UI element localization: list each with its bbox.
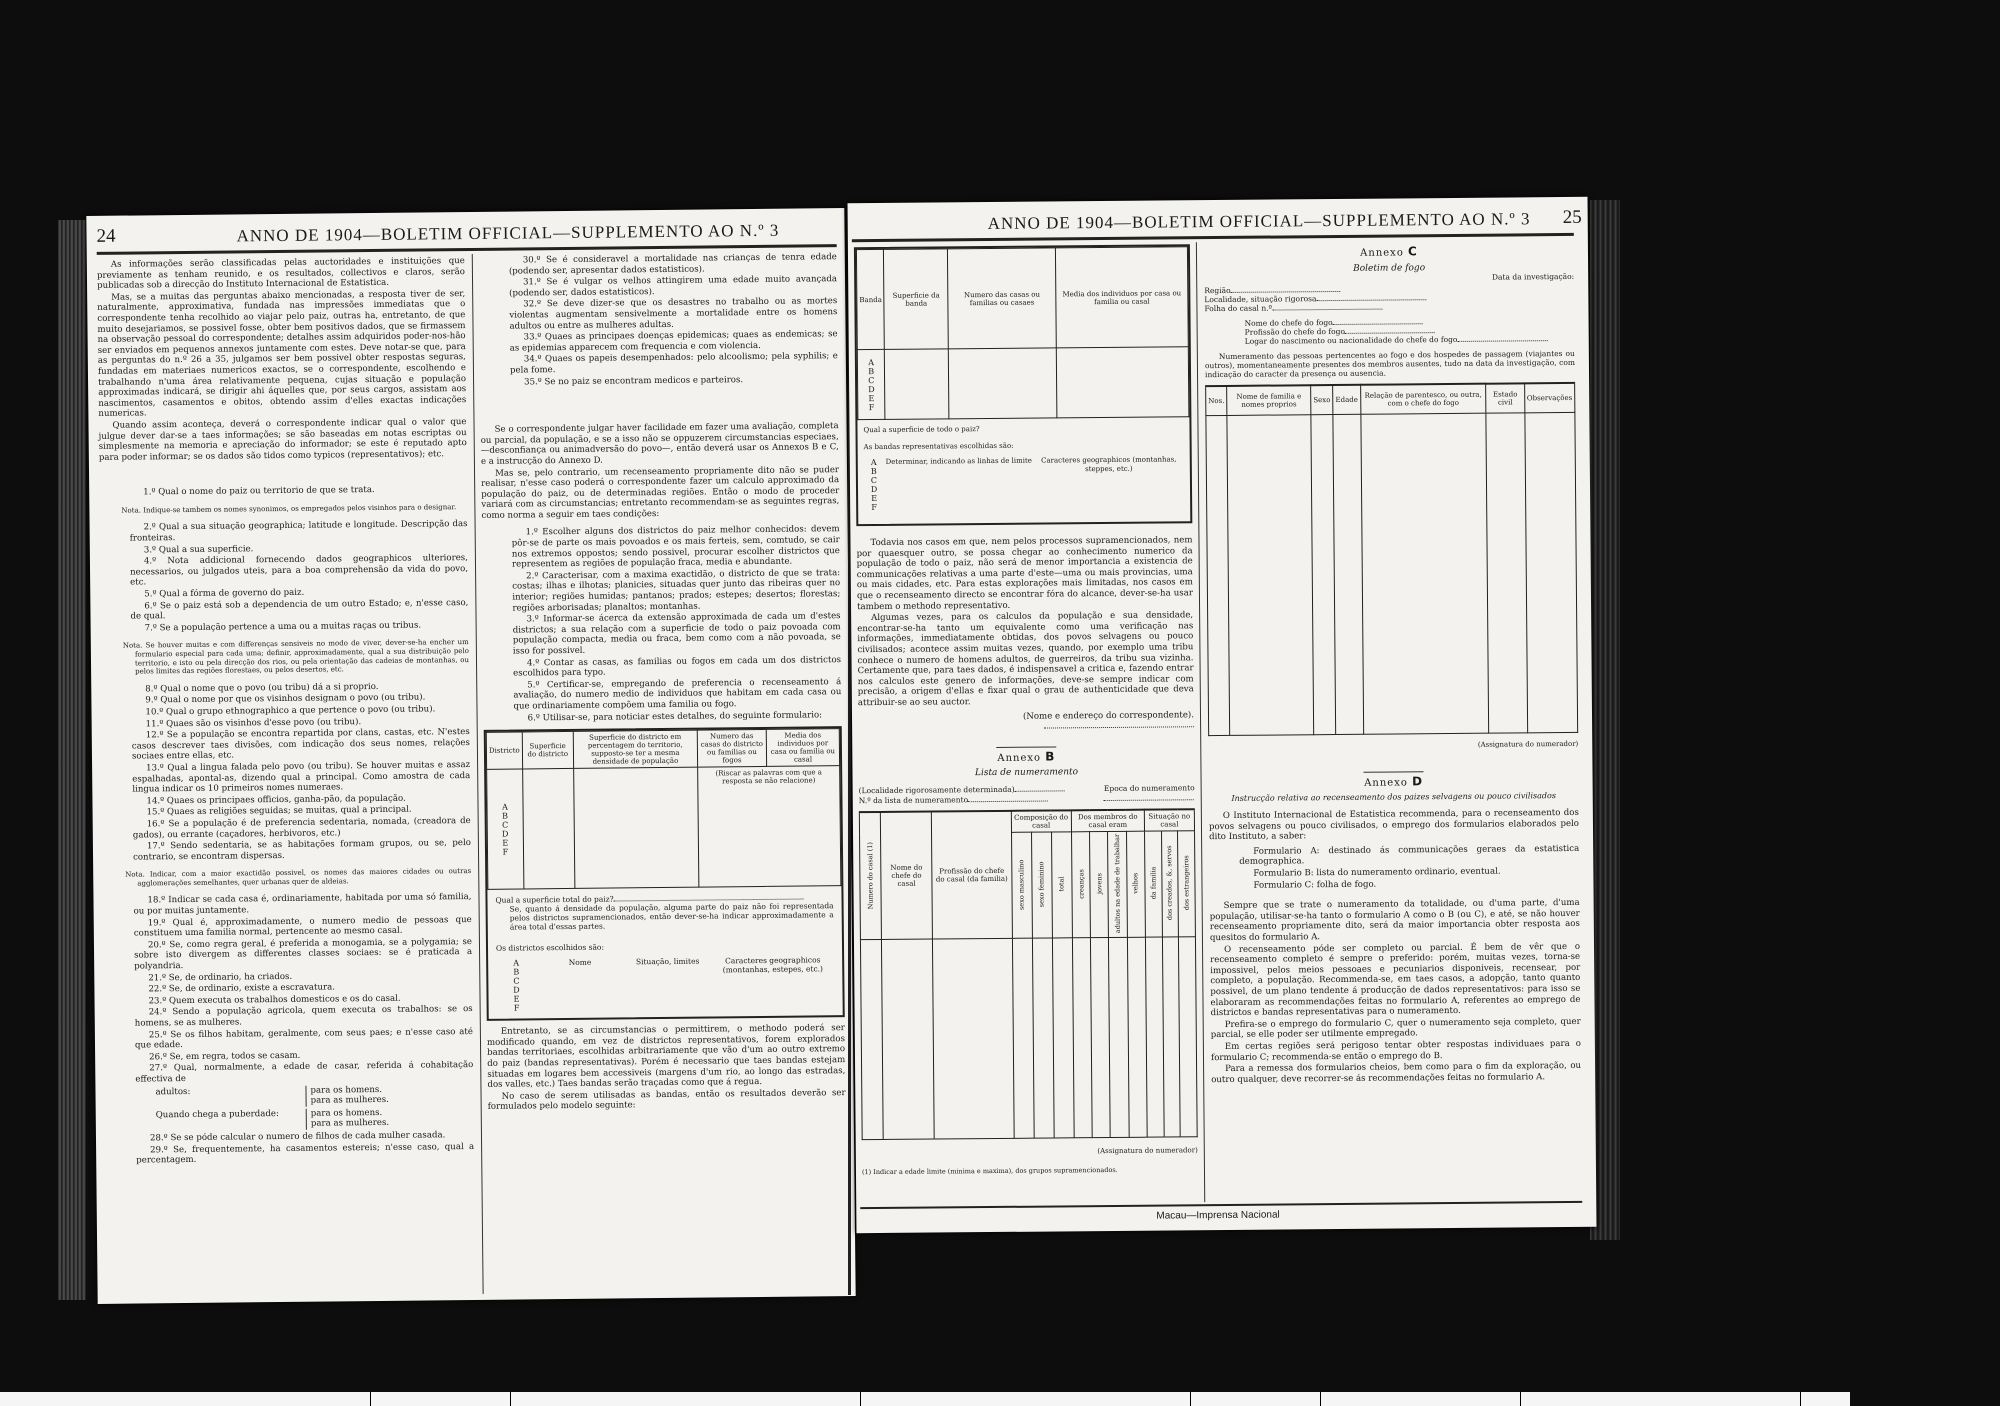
question: 4.º Nota addicional fornecendo dados geo… [100,553,468,589]
question: 19.º Qual é, approximadamente, o numero … [104,915,472,940]
question: 30.º Se é consideravel a mortalidade nas… [479,252,837,277]
right-page-header: ANNO DE 1904—BOLETIM OFFICIAL—SUPPLEMENT… [848,205,1588,237]
annex-d-formularios: Formulario A: destinado ás communicações… [1209,844,1579,892]
formulario-item: Formulario C: folha de fogo. [1209,878,1579,892]
field-numero-lista: N.º da lista de numeramento [859,795,1065,807]
question: 18.º Indicar se cada casa é, ordinariame… [103,892,471,917]
question: 34.º Quaes os papeis desempenhados: pelo… [480,351,838,376]
rule-item: 3.º Informar-se ácerca da extensão appro… [483,611,841,657]
annex-b-signature: (Assignatura do numerador) [862,1146,1198,1160]
annex-c-table: Nos.Nome de familia e nomes propriosSexo… [1205,382,1578,737]
district-form: DistrictoSuperficie do districtoSuperfic… [484,726,845,1021]
closing-paragraphs: Entretanto, se as circumstancias o permi… [487,1023,846,1112]
right-page: ANNO DE 1904—BOLETIM OFFICIAL—SUPPLEMENT… [848,197,1597,1233]
column-2-paragraphs: Se o correspondente julgar haver facilid… [481,421,840,521]
scan-tick [1190,1392,1191,1406]
column-header: Districto [486,732,522,769]
field-epoca: Epoca do numeramento [1104,783,1195,805]
questions-group-b: 2.º Qual a sua situação geographica; lat… [100,519,469,634]
book-binding-edge [58,220,86,1300]
subcolumn-header: dos estrangeiros [1178,831,1196,937]
note-2: Nota. Se houver muitas e com differenças… [101,638,469,676]
scan-tick [370,1392,371,1406]
paragraph: Prefira-se o emprego do formulario C, qu… [1211,1017,1581,1041]
paragraph: As informações serão classificadas pelas… [97,256,465,292]
subcolumn-header: sexo masculino [1011,832,1032,938]
district-table: DistrictoSuperficie do districtoSuperfic… [486,728,842,890]
column-header: Edade [1333,385,1361,415]
right-column-2: Annexo C Boletim de fogo Data da investi… [1204,241,1581,1087]
band-total-question: Qual a superficie de todo o paiz? [863,423,1183,435]
page-number: 25 [1563,207,1582,229]
right-column-1: BandaSuperficie da bandaNumero das casas… [854,244,1198,1177]
bottom-scan-strip [0,1392,1850,1406]
header-title: ANNO DE 1904—BOLETIM OFFICIAL—SUPPLEMENT… [988,209,1531,234]
questions-group-c: 8.º Qual o nome que o povo (ou tribu) dá… [101,681,471,863]
questions-group-d: 18.º Indicar se cada casa é, ordinariame… [103,892,473,1085]
column-header: Superficie do districto em percentagem d… [573,730,698,768]
annex-d-paragraphs: Sempre que se trate o numeramento da tot… [1210,898,1582,1085]
form-field: Folha do casal n.º [1204,301,1574,313]
column-header: Numero das casas do districto ou familia… [697,730,766,768]
column-header: Nos. [1206,386,1227,416]
annex-c-intro: Numeramento das pessoas pertencentes ao … [1205,349,1575,379]
header-title: ANNO DE 1904—BOLETIM OFFICIAL—SUPPLEMENT… [236,221,779,247]
paragraph: Mas se, pelo contrario, um recenseamento… [481,465,840,522]
footer-rule [860,1201,1582,1209]
question: 6.º Se o paiz está sob a dependencia de … [100,598,468,623]
questions-group-e: 28.º Se se póde calcular o numero de fil… [106,1130,474,1167]
form-field: Logar do nascimento ou nacionalidade do … [1245,334,1575,346]
intro-paragraphs: As informações serão classificadas pelas… [97,256,467,463]
question: 32.º Se deve dizer-se que os desastres n… [479,297,837,333]
subcolumn-header: adultos na edade de trabalhar [1108,831,1127,937]
rule-item: 4.º Contar as casas, as familias ou fogo… [483,655,841,680]
rules-list: 1.º Escolher alguns dos districtos do pa… [482,525,842,724]
paragraph: Algumas vezes, para os calculos da popul… [857,610,1194,708]
annex-c-fields: RegiãoLocalidade, situação rigorosaFolha… [1204,283,1574,313]
note-1: Nota. Indique-se tambem os nomes synonim… [99,503,467,515]
subcolumn-header: sexo feminino [1031,832,1052,938]
column-header: Media dos individuos por casa ou familia… [766,729,839,767]
scan-tick [510,1392,511,1406]
formulario-item: Formulario A: destinado ás communicações… [1209,844,1579,868]
rule-item: 5.º Certificar-se, empregando de prefere… [483,677,841,713]
question: 16.º Se a população é de preferencia sed… [103,816,471,841]
annex-d-subtitle: Instrucção relativa ao recenseamento dos… [1209,791,1579,805]
questions-30-35: 30.º Se é consideravel a mortalidade nas… [479,252,838,388]
paragraph: Em certas regiões será perigoso tentar o… [1211,1039,1581,1063]
scan-tick [1800,1392,1801,1406]
annex-d-title: Annexo D [1209,775,1579,791]
annex-b-table: Numero do casal (1) Nome do chefe do cas… [859,808,1198,1140]
annex-c-chief-fields: Nome do chefe do fogoProfissão do chefe … [1205,316,1575,346]
subcolumn-header: creanças [1071,832,1090,938]
column-header: Superficie da banda [884,249,949,350]
total-note: Se, quanto á densidade da população, alg… [496,901,834,932]
band-letters: ABCDEF [857,349,885,419]
paragraph: Mas, se a muitas das perguntas abaixo me… [97,289,466,420]
band-chosen-label: As bandas representativas escolhidas são… [864,440,1184,452]
annex-b-title: Annexo B [858,750,1194,766]
question: 13.º Qual a lingua falada pelo povo (ou … [102,760,470,796]
rule-item: 2.º Caracterisar, com a maxima exactidão… [482,568,840,614]
paragraph: Todavia nos casos em que, nem pelos proc… [856,535,1193,612]
chosen-label: Os districtos escolhidos são: [496,940,834,953]
chosen-grid: ABCDEF Nome Situação, limites Caracteres… [496,955,835,1013]
left-page: 24 ANNO DE 1904—BOLETIM OFFICIAL—SUPPLEM… [86,208,855,1304]
left-column-2: 30.º Se é consideravel a mortalidade nas… [479,252,846,1114]
rule-item: 1.º Escolher alguns dos districtos do pa… [482,525,840,571]
column-header: Banda [856,249,884,349]
paragraph: Sempre que se trate o numeramento da tot… [1210,898,1580,944]
scan-tick [1320,1392,1321,1406]
paragraph: Entretanto, se as circumstancias o permi… [487,1023,846,1090]
right-paragraphs: Todavia nos casos em que, nem pelos proc… [856,535,1193,708]
scan-tick [1520,1392,1521,1406]
q27-options: adultos:para os homens.para as mulheres.… [105,1084,473,1132]
column-header: Superficie do districto [522,732,573,770]
subcolumn-header: dos creados, &, servos [1161,831,1179,937]
paragraph: Quando assim aconteça, deverá o correspo… [98,417,466,463]
column-header: Observações [1524,383,1575,413]
subcolumn-header: jovens [1090,832,1109,938]
question: 12.º Se a população se encontra repartid… [102,727,470,763]
column-header: Media dos individuos por casa ou familia… [1055,247,1188,348]
subcolumn-header: total [1051,832,1072,938]
annex-c-signature: (Assignatura do numerador) [1208,739,1578,753]
column-header: Relação de parentesco, ou outra, com o c… [1360,383,1486,414]
question: 27.º Qual, normalmente, a edade de casar… [105,1060,473,1085]
imprint: Macau—Imprensa Nacional [1156,1210,1279,1222]
column-header: Estado civil [1486,383,1525,413]
subcolumn-header: da familia [1144,831,1162,937]
district-letters: ABCDEF [487,769,524,889]
left-column-1: As informações serão classificadas pelas… [97,256,474,1168]
note-3: Nota. Indicar, com a maior exactidão pos… [103,867,471,888]
annex-b-subtitle: Lista de numeramento [858,767,1194,781]
question: 29.º Se, frequentemente, ha casamentos e… [106,1142,474,1167]
column-header: Sexo [1311,385,1333,415]
question: 33.º Quaes as principaes doenças epidemi… [480,329,838,354]
column-header: Numero das casas ou familias ou casaes [948,248,1057,349]
question: 31.º Se é vulgar os velhos attingirem um… [479,274,837,299]
annex-c-title: Annexo C [1204,245,1574,261]
column-header: Nome de familia e nomes proprios [1227,385,1311,416]
question: 25.º Se os filhos habitam, geralmente, c… [105,1027,473,1052]
paragraph: No caso de serem utilisadas as bandas, e… [488,1088,846,1113]
question: 24.º Sendo a população agricola, quem ex… [105,1004,473,1029]
question: 2.º Qual a sua situação geographica; lat… [100,519,468,544]
paragraph: Para a remessa dos formularios cheios, b… [1211,1061,1581,1085]
annex-b-footnote: (1) Indicar a edade limite (minima e max… [862,1164,1198,1178]
column-separator [1196,242,1205,1202]
band-form: BandaSuperficie da bandaNumero das casas… [854,244,1192,526]
scan-tick [860,1392,861,1406]
question: 17.º Sendo sedentaria, se as habitações … [103,838,471,863]
question: 20.º Se, como regra geral, é preferida a… [104,937,472,973]
q27-row: Quando chega a puberdade:para os homens.… [156,1107,474,1132]
page-number: 24 [96,226,115,248]
strike-note: (Riscar as palavras com que a resposta s… [698,766,841,887]
annex-d-intro: O Instituto Internacional de Estatistica… [1209,808,1579,843]
subcolumn-header: velhos [1126,831,1145,937]
paragraph: Se o correspondente julgar haver facilid… [481,421,839,467]
paragraph: O recenseamento póde ser completo ou par… [1210,941,1581,1018]
q27-row: adultos:para os homens.para as mulheres. [155,1084,473,1109]
